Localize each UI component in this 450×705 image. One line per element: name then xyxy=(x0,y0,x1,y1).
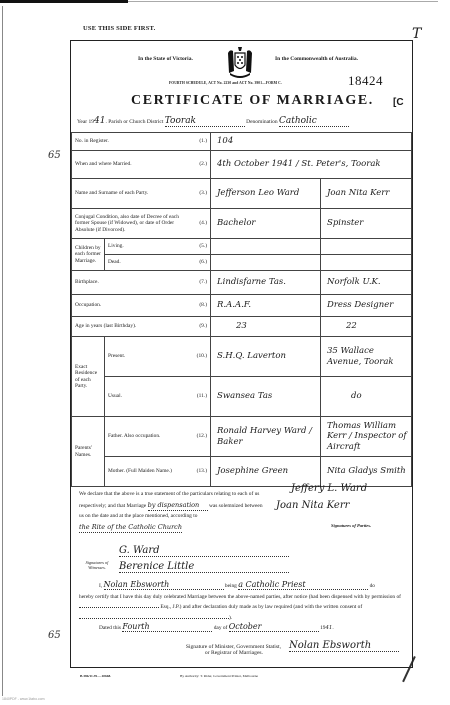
when-where-value: 4th October 1941 / St. Peter's, Toorak xyxy=(211,151,412,179)
dated-day: Fourth xyxy=(122,623,212,632)
groom-mother: Josephine Green xyxy=(211,457,321,487)
table-row: Dead. (6.) xyxy=(72,255,412,271)
group-label: Exact Residence of each Party. xyxy=(72,337,105,417)
row-number: (5.) xyxy=(190,239,211,255)
dated-label: Dated this xyxy=(99,625,121,631)
day-of-label: day of xyxy=(214,625,228,631)
year-parish-line: Year 1941. Parish or Church District Too… xyxy=(77,116,407,127)
group-label: Parents' Names. xyxy=(72,417,105,487)
register-number: 18424 xyxy=(348,73,383,89)
being-value: a Catholic Priest xyxy=(238,581,368,590)
certificate-title: CERTIFICATE OF MARRIAGE. xyxy=(131,93,374,109)
consent-field xyxy=(79,618,229,619)
register-no-value: 104 xyxy=(211,133,412,151)
table-row: Birthplace. (7.) Lindisfarne Tas. Norfol… xyxy=(72,271,412,295)
minister-name: Nolan Ebsworth xyxy=(104,581,224,590)
row-label: No. in Register. xyxy=(72,133,191,151)
groom-occupation: R.A.A.F. xyxy=(211,295,321,317)
party-signatures: Jeffery L. Ward Joan Nita Kerr xyxy=(276,483,411,517)
certificate-frame: In the State of Victoria. In the Commonw… xyxy=(70,40,413,668)
rite-value: the Rite of the Catholic Church xyxy=(79,522,182,534)
scan-edge-top-light xyxy=(128,1,438,2)
denomination-label: Denomination xyxy=(246,119,277,125)
do-label: do xyxy=(370,583,375,589)
bride-birthplace: Norfolk U.K. xyxy=(321,271,412,295)
parish-value: Toorak xyxy=(165,116,245,127)
bride-condition: Spinster xyxy=(321,209,412,239)
denomination-value: Catholic xyxy=(279,116,349,127)
row-number: (13.) xyxy=(190,457,211,487)
dispensed-by-field xyxy=(79,607,159,608)
row-label: Birthplace. xyxy=(72,271,191,295)
witnesses-label: Signatures of Witnesses. xyxy=(77,560,117,570)
dated-month: October xyxy=(229,623,319,632)
bride-mother: Nita Gladys Smith xyxy=(321,457,412,487)
witness-signature-2: Berenice Little xyxy=(119,561,289,573)
group-label: Children by each former Marriage. xyxy=(72,239,105,271)
row-number: (11.) xyxy=(190,377,211,417)
row-number: (4.) xyxy=(190,209,211,239)
sig-label-2: or Registrar of Marriages. xyxy=(151,650,281,656)
dated-line: Dated this Fourth day of October 1941. xyxy=(79,623,409,634)
table-row: Parents' Names. Father. Also occupation.… xyxy=(72,417,412,457)
dated-year: 41 xyxy=(325,625,332,631)
marriage-by-value: by dispensation xyxy=(148,500,208,512)
watermark: 1840PDF - www.1tabo.com xyxy=(2,697,45,701)
row-number: (1.) xyxy=(190,133,211,151)
minister-signature-label: Signature of Minister, Government Statis… xyxy=(151,644,281,656)
row-number: (2.) xyxy=(190,151,211,179)
coat-of-arms-icon xyxy=(226,45,254,79)
bride-name: Joan Nita Kerr xyxy=(321,179,412,209)
bride-children-dead xyxy=(321,255,412,271)
bride-father: Thomas William Kerr / Inspector of Aircr… xyxy=(321,417,412,457)
margin-note-bottom: 65 xyxy=(48,630,61,641)
bride-occupation: Dress Designer xyxy=(321,295,412,317)
declaration-text: We declare that the above is a true stat… xyxy=(79,489,267,533)
groom-condition: Bachelor xyxy=(211,209,321,239)
bride-present-residence: 35 Wallace Avenue, Toorak xyxy=(321,337,412,377)
bride-usual-residence: do xyxy=(321,377,412,417)
i-label: I, xyxy=(79,583,102,589)
row-number: (6.) xyxy=(190,255,211,271)
row-number: (7.) xyxy=(190,271,211,295)
groom-present-residence: S.H.Q. Laverton xyxy=(211,337,321,377)
groom-usual-residence: Swansea Tas xyxy=(211,377,321,417)
esq-text: Esq., J.P.) and after declaration duly m… xyxy=(160,604,362,610)
corner-mark: T xyxy=(412,26,421,42)
table-row: Age in years (last Birthday). (9.) 23 22 xyxy=(72,317,412,337)
groom-signature: Jeffery L. Ward xyxy=(276,483,411,500)
bride-signature: Joan Nita Kerr xyxy=(276,500,411,517)
margin-note-top: 65 xyxy=(48,150,61,161)
row-label: Conjugal Condition, also date of Decree … xyxy=(72,209,191,239)
table-row: Usual. (11.) Swansea Tas do xyxy=(72,377,412,417)
row-number: (12.) xyxy=(190,417,211,457)
printer-credit: By Authority: T. Rider, Government Print… xyxy=(180,674,258,678)
row-label: When and where Married. xyxy=(72,151,191,179)
form-reference: B.386/11.39.—10668. xyxy=(80,674,111,678)
groom-children-dead xyxy=(211,255,321,271)
table-row: Mother. (Full Maiden Name.) (13.) Joseph… xyxy=(72,457,412,487)
certification-body-text: hereby certify that I have this day duly… xyxy=(79,594,401,600)
row-label: Present. xyxy=(105,337,191,377)
form-code: [C xyxy=(393,97,404,108)
being-label: being xyxy=(225,583,237,589)
table-row: Name and Surname of each Party. (3.) Jef… xyxy=(72,179,412,209)
minister-signature: Nolan Ebsworth xyxy=(289,640,399,652)
year-value: 41 xyxy=(94,116,105,126)
signatures-of-parties-caption: Signatures of Parties. xyxy=(331,523,371,528)
schedule-reference: FOURTH SCHEDULE, ACT No. 2230 and ACT No… xyxy=(169,81,282,85)
groom-age: 23 xyxy=(211,317,321,337)
certification-block: I, Nolan Ebsworth being a Catholic Pries… xyxy=(79,581,409,634)
row-number: (10.) xyxy=(190,337,211,377)
minister-line: I, Nolan Ebsworth being a Catholic Pries… xyxy=(79,581,409,592)
bride-children-living xyxy=(321,239,412,255)
table-row: No. in Register. (1.) 104 xyxy=(72,133,412,151)
use-side-first-note: USE THIS SIDE FIRST. xyxy=(83,25,155,32)
table-row: Occupation. (8.) R.A.A.F. Dress Designer xyxy=(72,295,412,317)
row-label: Name and Surname of each Party. xyxy=(72,179,191,209)
groom-children-living xyxy=(211,239,321,255)
groom-birthplace: Lindisfarne Tas. xyxy=(211,271,321,295)
year-label: Year 19 xyxy=(77,119,94,125)
scan-edge-left xyxy=(2,6,3,696)
table-row: Conjugal Condition, also date of Decree … xyxy=(72,209,412,239)
commonwealth-heading: In the Commonwealth of Australia. xyxy=(275,56,358,62)
table-row: When and where Married. (2.) 4th October… xyxy=(72,151,412,179)
parish-label: Parish or Church District xyxy=(108,119,163,125)
row-label: Mother. (Full Maiden Name.) xyxy=(105,457,191,487)
bride-age: 22 xyxy=(321,317,412,337)
row-number: (9.) xyxy=(190,317,211,337)
row-label: Dead. xyxy=(105,255,191,271)
row-label: Living. xyxy=(105,239,191,255)
row-number: (3.) xyxy=(190,179,211,209)
particulars-table: No. in Register. (1.) 104 When and where… xyxy=(71,132,412,487)
row-label: Usual. xyxy=(105,377,191,417)
row-label: Occupation. xyxy=(72,295,191,317)
row-label: Father. Also occupation. xyxy=(105,417,191,457)
groom-father: Ronald Harvey Ward / Baker xyxy=(211,417,321,457)
groom-name: Jefferson Leo Ward xyxy=(211,179,321,209)
row-label: Age in years (last Birthday). xyxy=(72,317,191,337)
certification-body: hereby certify that I have this day duly… xyxy=(79,592,409,624)
state-heading: In the State of Victoria. xyxy=(138,56,193,62)
table-row: Exact Residence of each Party. Present. … xyxy=(72,337,412,377)
row-number: (8.) xyxy=(190,295,211,317)
table-row: Children by each former Marriage. Living… xyxy=(72,239,412,255)
scan-edge-top xyxy=(0,0,128,3)
witness-signature-1: G. Ward xyxy=(119,545,289,557)
